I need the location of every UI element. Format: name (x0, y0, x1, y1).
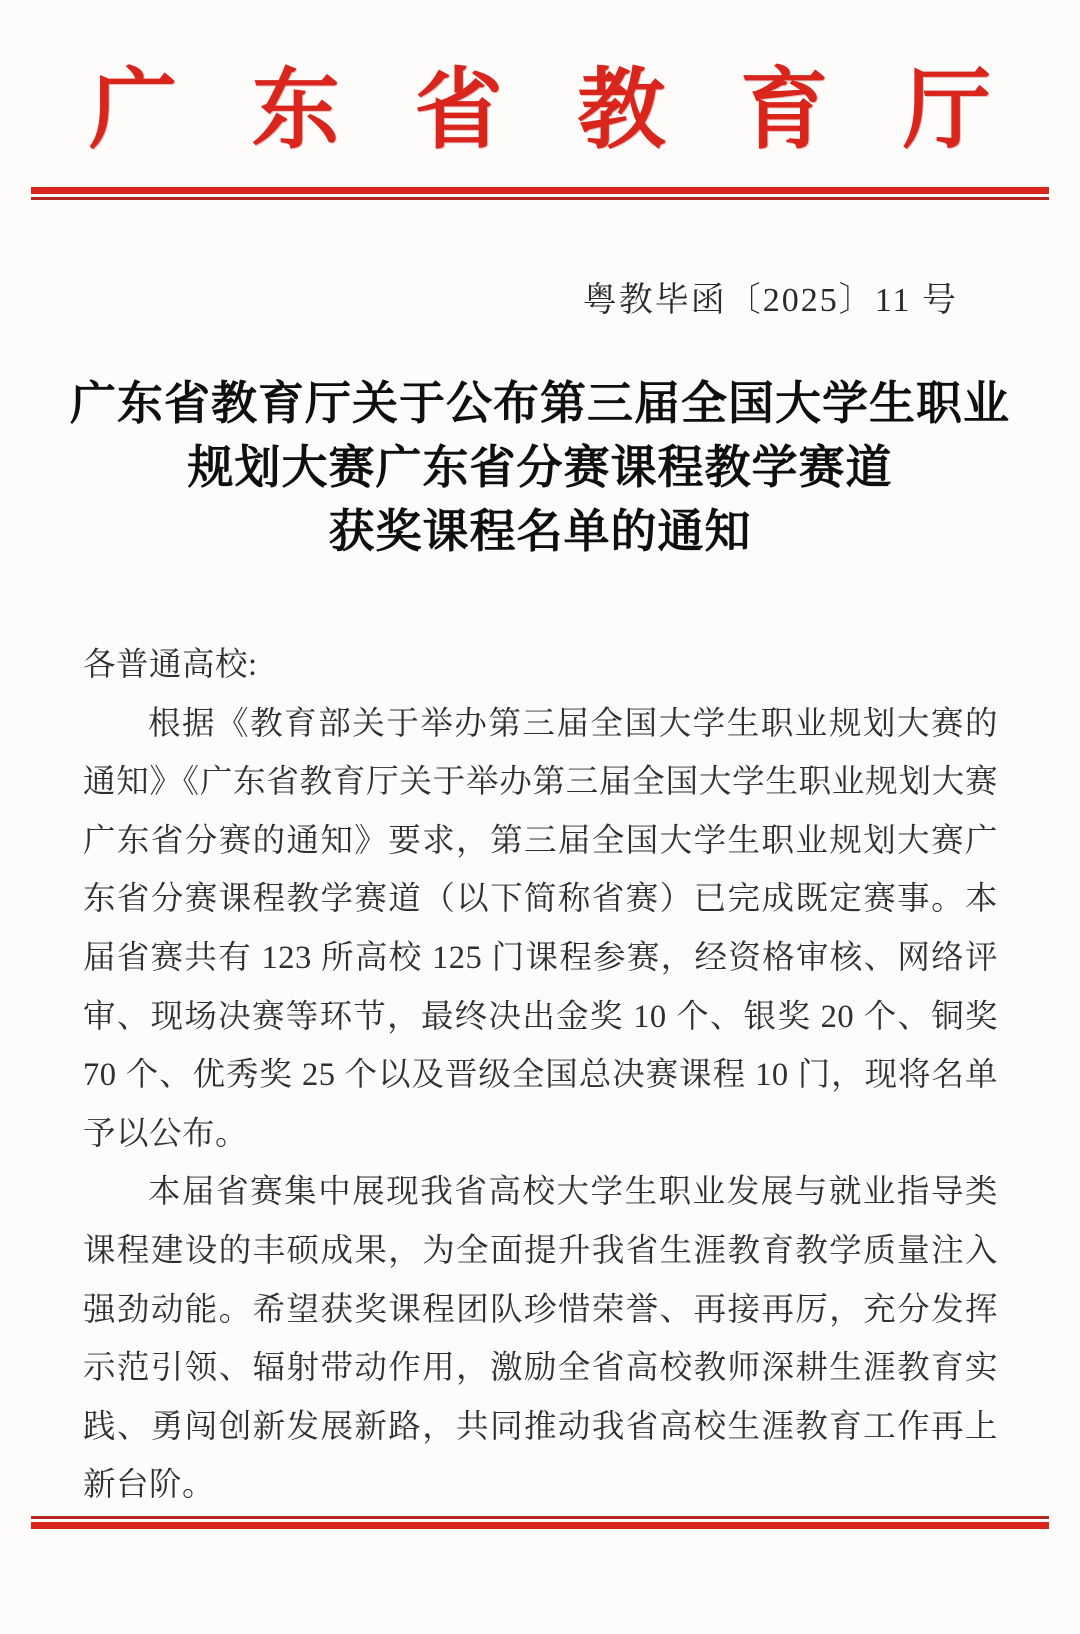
agency-name-text: 广东省教育厅 (89, 63, 1066, 160)
letterhead-divider (31, 187, 1049, 200)
agency-letterhead: 广东省教育厅 (0, 66, 1080, 158)
document-number: 粤教毕函〔2025〕11 号 (583, 281, 958, 322)
title-line-2: 规划大赛广东省分赛课程教学赛道 (40, 436, 1040, 500)
document-page: 广东省教育厅 粤教毕函〔2025〕11 号 广东省教育厅关于公布第三届全国大学生… (0, 0, 1080, 1634)
document-title: 广东省教育厅关于公布第三届全国大学生职业 规划大赛广东省分赛课程教学赛道 获奖课… (40, 372, 1040, 564)
body-paragraph-1: 根据《教育部关于举办第三届全国大学生职业规划大赛的通知》《广东省教育厅关于举办第… (83, 695, 998, 1164)
divider-thick-line (31, 187, 1049, 194)
footer-divider (31, 1516, 1049, 1529)
salutation: 各普通高校: (83, 636, 998, 695)
divider-thin-line (31, 197, 1049, 200)
title-line-1: 广东省教育厅关于公布第三届全国大学生职业 (40, 372, 1040, 436)
divider-thick-line (31, 1522, 1049, 1529)
title-line-3: 获奖课程名单的通知 (40, 500, 1040, 564)
body-paragraph-2: 本届省赛集中展现我省高校大学生职业发展与就业指导类课程建设的丰硕成果，为全面提升… (83, 1163, 998, 1515)
document-body: 各普通高校: 根据《教育部关于举办第三届全国大学生职业规划大赛的通知》《广东省教… (83, 636, 998, 1515)
